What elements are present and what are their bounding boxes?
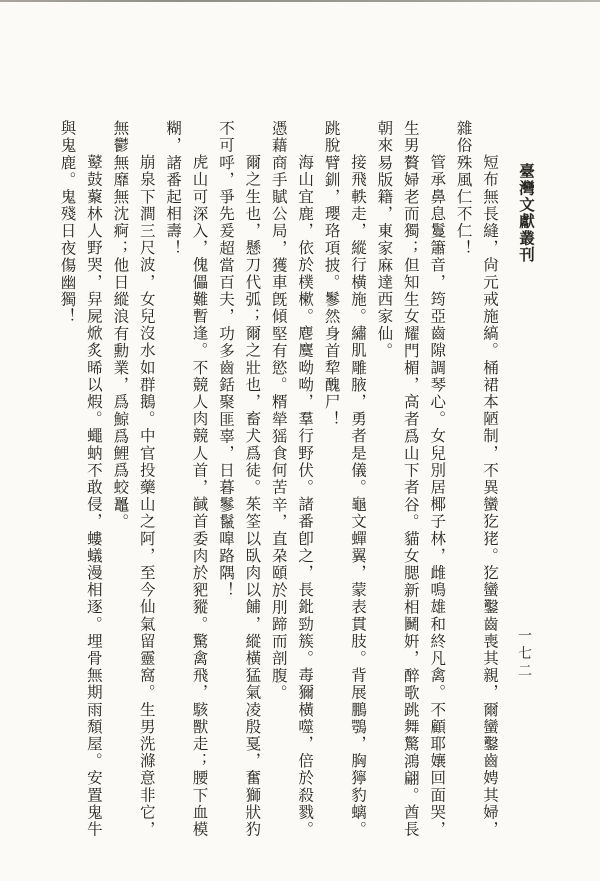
text-column: 鼙鼓藂林人野哭，舁屍焮炙晞以煆。蠅蚋不敢侵，螻蟻漫相逐。埋骨無期雨頹屋。安置鬼牛 bbox=[80, 0, 106, 881]
text-column: 不可呼，爭先爰超當百夫，功多齒銛聚匪辜，日暮鬖鬣嘷路隅！ bbox=[212, 0, 238, 881]
text-column: 接飛軼走，縱行橫施。繡肌雕腋，勇者是儀。龜文蟬翼，蒙表貫肢。背展鵬鶚，胸獰豹螭。 bbox=[344, 0, 370, 881]
text-column: 虎山可深入，傀儡難暫逢。不競人肉競人首，馘首委肉於豝豵。驚禽飛，駭獸走；腰下血模 bbox=[185, 0, 211, 881]
text-column: 短布無長縫，尙元戒施縞。桶裙本陋制，不異蠻犵狫。犵蠻鑿齒喪其親，爾蠻鑿齒娉其婦， bbox=[476, 0, 502, 881]
poem-text-block: 短布無長縫，尙元戒施縞。桶裙本陋制，不異蠻犵狫。犵蠻鑿齒喪其親，爾蠻鑿齒娉其婦，… bbox=[53, 0, 502, 881]
text-column: 與鬼鹿。鬼殘日夜傷幽獨！ bbox=[53, 0, 79, 881]
text-column: 憑藉商手賦公局，獲車旣傾堅有慾。糈犖猺食何苦辛，直朶頤於刖蹄而剖腹。 bbox=[264, 0, 290, 881]
text-column: 生男贅婦老而獨；但知生女耀門楣，高者爲山下者谷。貓女腮新相鬭姸，醉歌跳舞驚鴻翩。… bbox=[396, 0, 422, 881]
page-number: 一七二 bbox=[513, 628, 533, 681]
text-column: 崩泉下澗三尺波，女兒沒水如群鵝。中官投藥山之阿，至今仙氣留靈窩。生男洗滌意非它， bbox=[132, 0, 158, 881]
text-column: 管承鼻息鬘簫音，筠亞齒隙調琴心。女兒別居椰子林，雌鳴雄和終凡禽。不顧耶孃回面哭， bbox=[423, 0, 449, 881]
text-column: 雜俗殊風仁不仁！ bbox=[449, 0, 475, 881]
text-column: 海山宜鹿，依於樸樕。麀麌呦呦，羣行野伏。諸番卽之，長鈚勁簇。毒獮橫噬，倍於殺戮。 bbox=[291, 0, 317, 881]
series-title: 臺灣文獻叢刊 bbox=[514, 163, 536, 263]
text-column: 糊，諸番起相壽！ bbox=[159, 0, 185, 881]
scanned-book-page: 臺灣文獻叢刊 一七二 短布無長縫，尙元戒施縞。桶裙本陋制，不異蠻犵狫。犵蠻鑿齒喪… bbox=[0, 0, 600, 881]
text-column: 跳脫臂釧，瓔珞項披。鬖然身首犂醜尸！ bbox=[317, 0, 343, 881]
text-column: 無鬱無靡無沈痾；他日縱浪有勳業，爲鯨爲鯉爲蛟鼉。 bbox=[106, 0, 132, 881]
text-column: 爾之生也，懸刀代弧；爾之壯也，畜犬爲徒。茱筌以臥肉以餔，縱橫猛氣凌殷戛，奮獅狀犳 bbox=[238, 0, 264, 881]
text-column: 朝來易版籍，東家麻達西家仙。 bbox=[370, 0, 396, 881]
